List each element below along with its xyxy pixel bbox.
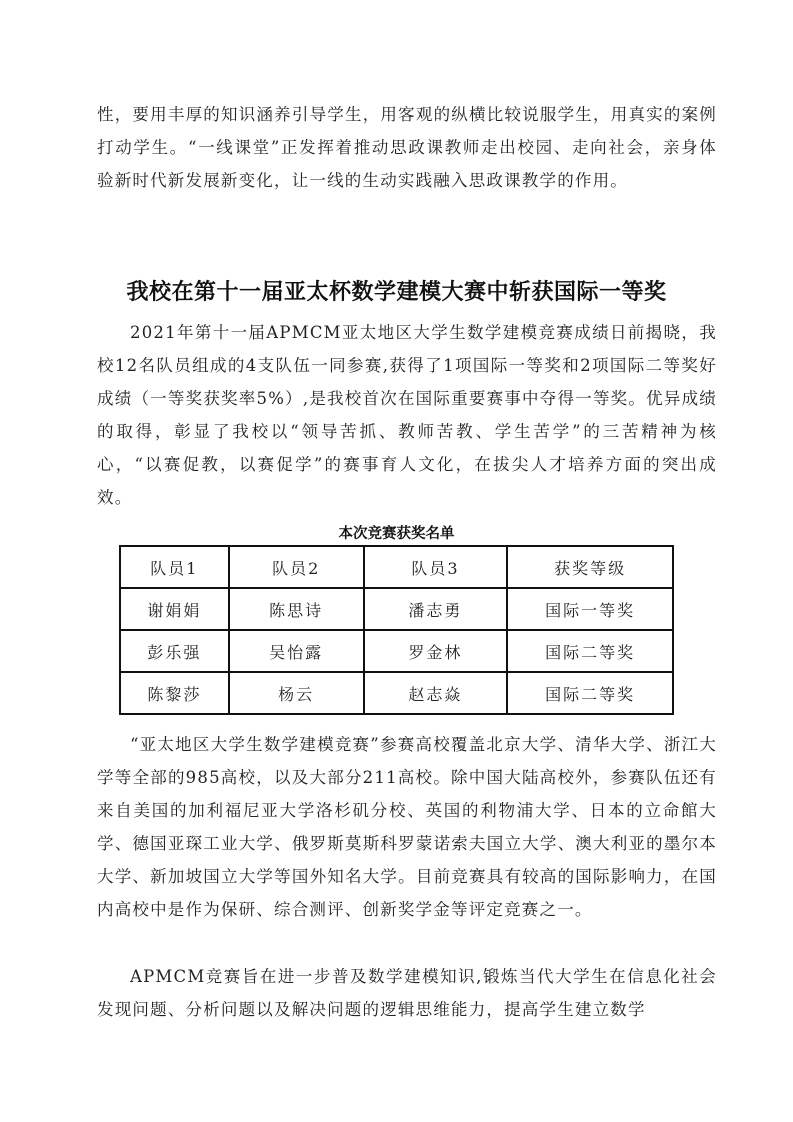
table-cell: 潘志勇 — [364, 588, 508, 630]
table-cell: 赵志焱 — [364, 672, 508, 714]
table-caption: 本次竞赛获奖名单 — [0, 522, 793, 543]
document-page: 性，要用丰厚的知识涵养引导学生，用客观的纵横比较说服学生，用真实的案例打动学生。… — [0, 0, 793, 1122]
table-row: 彭乐强 吴怡露 罗金林 国际二等奖 — [120, 630, 673, 672]
table-cell: 谢娟娟 — [120, 588, 229, 630]
table-cell: 吴怡露 — [229, 630, 364, 672]
table-row: 陈黎莎 杨云 赵志焱 国际二等奖 — [120, 672, 673, 714]
article-paragraph-3: APMCM竞赛旨在进一步普及数学建模知识,锻炼当代大学生在信息化社会发现问题、分… — [97, 960, 717, 1026]
header-cell: 队员2 — [229, 546, 364, 588]
table-cell: 陈黎莎 — [120, 672, 229, 714]
table-header-row: 队员1 队员2 队员3 获奖等级 — [120, 546, 673, 588]
article-title: 我校在第十一届亚太杯数学建模大赛中斩获国际一等奖 — [0, 275, 793, 306]
table-row: 谢娟娟 陈思诗 潘志勇 国际一等奖 — [120, 588, 673, 630]
table-cell: 国际二等奖 — [507, 672, 673, 714]
table-cell: 罗金林 — [364, 630, 508, 672]
awards-table: 队员1 队员2 队员3 获奖等级 谢娟娟 陈思诗 潘志勇 国际一等奖 彭乐强 吴… — [119, 545, 674, 715]
article-paragraph-1: 2021年第十一届APMCM亚太地区大学生数学建模竞赛成绩日前揭晓，我校12名队… — [97, 316, 717, 514]
intro-paragraph: 性，要用丰厚的知识涵养引导学生，用客观的纵横比较说服学生，用真实的案例打动学生。… — [97, 98, 717, 197]
table-cell: 国际一等奖 — [507, 588, 673, 630]
table-cell: 彭乐强 — [120, 630, 229, 672]
header-cell: 队员3 — [364, 546, 508, 588]
table-cell: 杨云 — [229, 672, 364, 714]
table-cell: 陈思诗 — [229, 588, 364, 630]
article-paragraph-2: “亚太地区大学生数学建模竞赛”参赛高校覆盖北京大学、清华大学、浙江大学等全部的9… — [97, 728, 717, 926]
table-cell: 国际二等奖 — [507, 630, 673, 672]
header-cell: 队员1 — [120, 546, 229, 588]
header-cell: 获奖等级 — [507, 546, 673, 588]
